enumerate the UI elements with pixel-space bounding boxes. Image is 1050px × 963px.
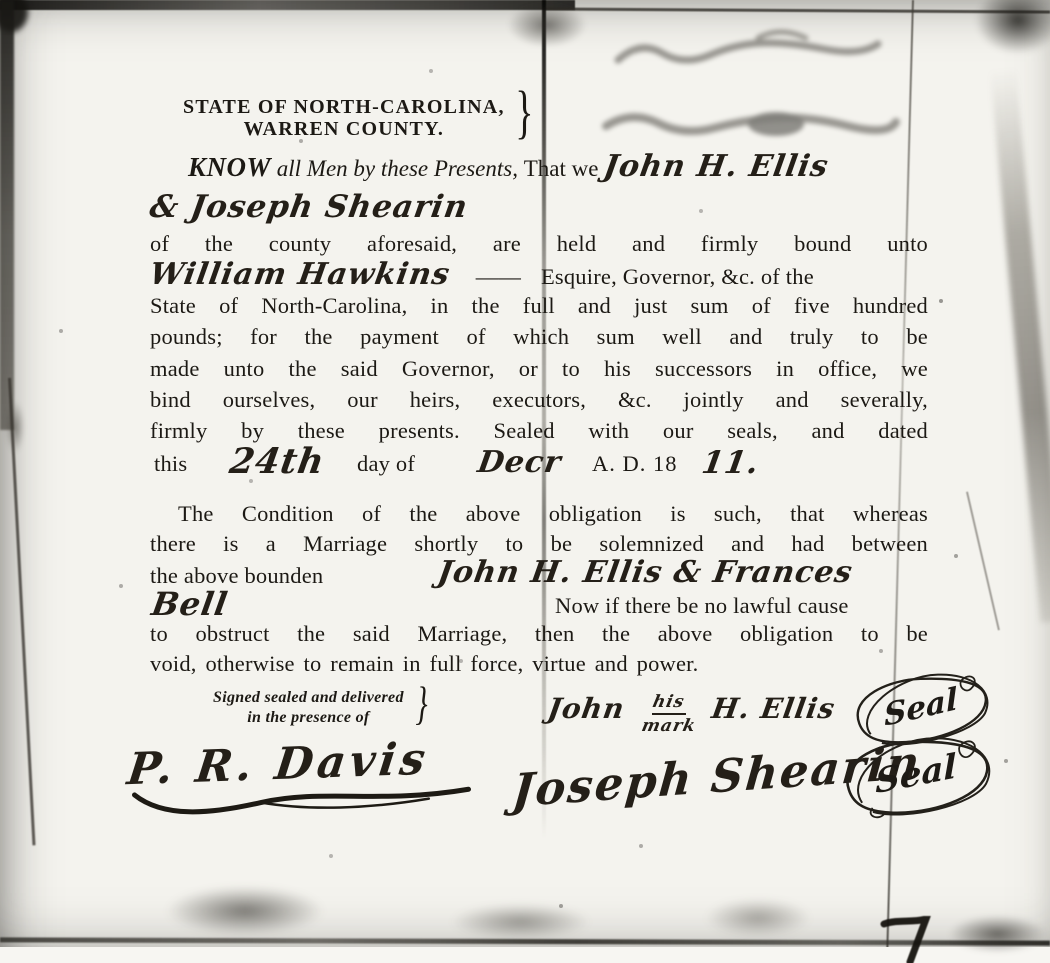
signature-h-ellis: H. Ellis bbox=[710, 692, 838, 725]
faded-ink-smudge bbox=[598, 92, 908, 152]
faded-ink-smudge bbox=[608, 20, 888, 82]
handwritten-day: 24th bbox=[227, 440, 328, 484]
top-edge-shadow bbox=[0, 0, 575, 10]
witness-signature-davis: P. R. Davis bbox=[127, 732, 482, 823]
condition-line-6: void, otherwise to remain in full force,… bbox=[150, 650, 928, 678]
handwritten-month: Decr bbox=[475, 444, 564, 482]
attestation-line-2: in the presence of bbox=[213, 708, 404, 728]
handwritten-name-line: & Joseph Shearin bbox=[150, 188, 928, 227]
left-edge-shadow bbox=[0, 0, 14, 430]
document-header: STATE OF NORTH-CAROLINA, WARREN COUNTY. … bbox=[183, 96, 505, 141]
paper-specks bbox=[0, 0, 2, 2]
condition-line-3: the above bounden John H. Ellis & France… bbox=[150, 558, 928, 594]
bond-line-4: pounds; for the payment of which sum wel… bbox=[150, 323, 928, 351]
bond-line-6: bind ourselves, our heirs, executors, &c… bbox=[150, 386, 928, 414]
seal-scroll-2: Seal bbox=[831, 727, 1002, 825]
know-word: KNOW bbox=[188, 152, 271, 182]
opening-printed-text: all Men by these Presents, bbox=[271, 156, 524, 181]
his-mark-stack: his mark bbox=[642, 692, 696, 736]
header-county-line: WARREN COUNTY. bbox=[183, 118, 505, 140]
attestation-brace: } bbox=[415, 676, 427, 734]
top-edge-line bbox=[545, 7, 1050, 13]
handwritten-governor-name: William Hawkins bbox=[147, 256, 453, 294]
mark-word: mark bbox=[640, 716, 698, 736]
mark-rule bbox=[652, 713, 686, 715]
signature-john: John bbox=[545, 692, 627, 725]
top-right-corner-stain bbox=[975, 0, 1050, 54]
bond-line-3: State of North-Carolina, in the full and… bbox=[150, 292, 928, 320]
small-crease-line bbox=[966, 492, 1000, 631]
handwritten-couple-names: John H. Ellis & Frances bbox=[435, 554, 855, 592]
bond-line-2: William Hawkins —— Esquire, Governor, &c… bbox=[150, 256, 928, 294]
that-we-text: That we bbox=[524, 156, 604, 181]
blank-dash: —— bbox=[476, 264, 521, 289]
ad-18-text: A. D. 18 bbox=[592, 450, 678, 478]
date-line: this 24th day of Decr A. D. 18 11. bbox=[150, 446, 928, 488]
bond-line-5: made unto the said Governor, or to his s… bbox=[150, 355, 928, 383]
pen-hook-mark bbox=[880, 916, 932, 963]
bottom-stain bbox=[140, 878, 350, 944]
condition-line-5: to obstruct the said Marriage, then the … bbox=[150, 620, 928, 648]
handwritten-year: 11. bbox=[699, 444, 762, 483]
opening-line: KNOW all Men by these Presents, That we … bbox=[188, 149, 1048, 184]
attestation-block: Signed sealed and delivered in the prese… bbox=[213, 688, 404, 728]
header-brace: } bbox=[515, 80, 534, 146]
attestation-line-1: Signed sealed and delivered bbox=[213, 688, 404, 708]
bottom-stain bbox=[428, 898, 613, 946]
principal-signature-ellis: John his mark H. Ellis bbox=[548, 690, 835, 734]
handwritten-bride-surname: Bell bbox=[149, 584, 231, 624]
bottom-stain bbox=[935, 910, 1050, 958]
now-if-text: Now if there be no lawful cause bbox=[555, 592, 849, 620]
marriage-bond-document: STATE OF NORTH-CAROLINA, WARREN COUNTY. … bbox=[0, 0, 1050, 963]
fold-top-stain bbox=[492, 0, 602, 56]
left-edge-stain bbox=[2, 392, 28, 462]
bond-line-1: of the county aforesaid, are held and fi… bbox=[150, 230, 928, 258]
his-word: his bbox=[651, 692, 687, 712]
bottom-stain bbox=[688, 892, 828, 944]
handwritten-name-joseph-shearin: & Joseph Shearin bbox=[147, 188, 471, 227]
this-word: this bbox=[154, 450, 187, 478]
condition-line-1: The Condition of the above obligation is… bbox=[150, 500, 928, 528]
handwritten-name-john-ellis: John H. Ellis bbox=[601, 149, 831, 184]
day-of-text: day of bbox=[357, 450, 415, 478]
header-state-line: STATE OF NORTH-CAROLINA, bbox=[183, 96, 505, 118]
